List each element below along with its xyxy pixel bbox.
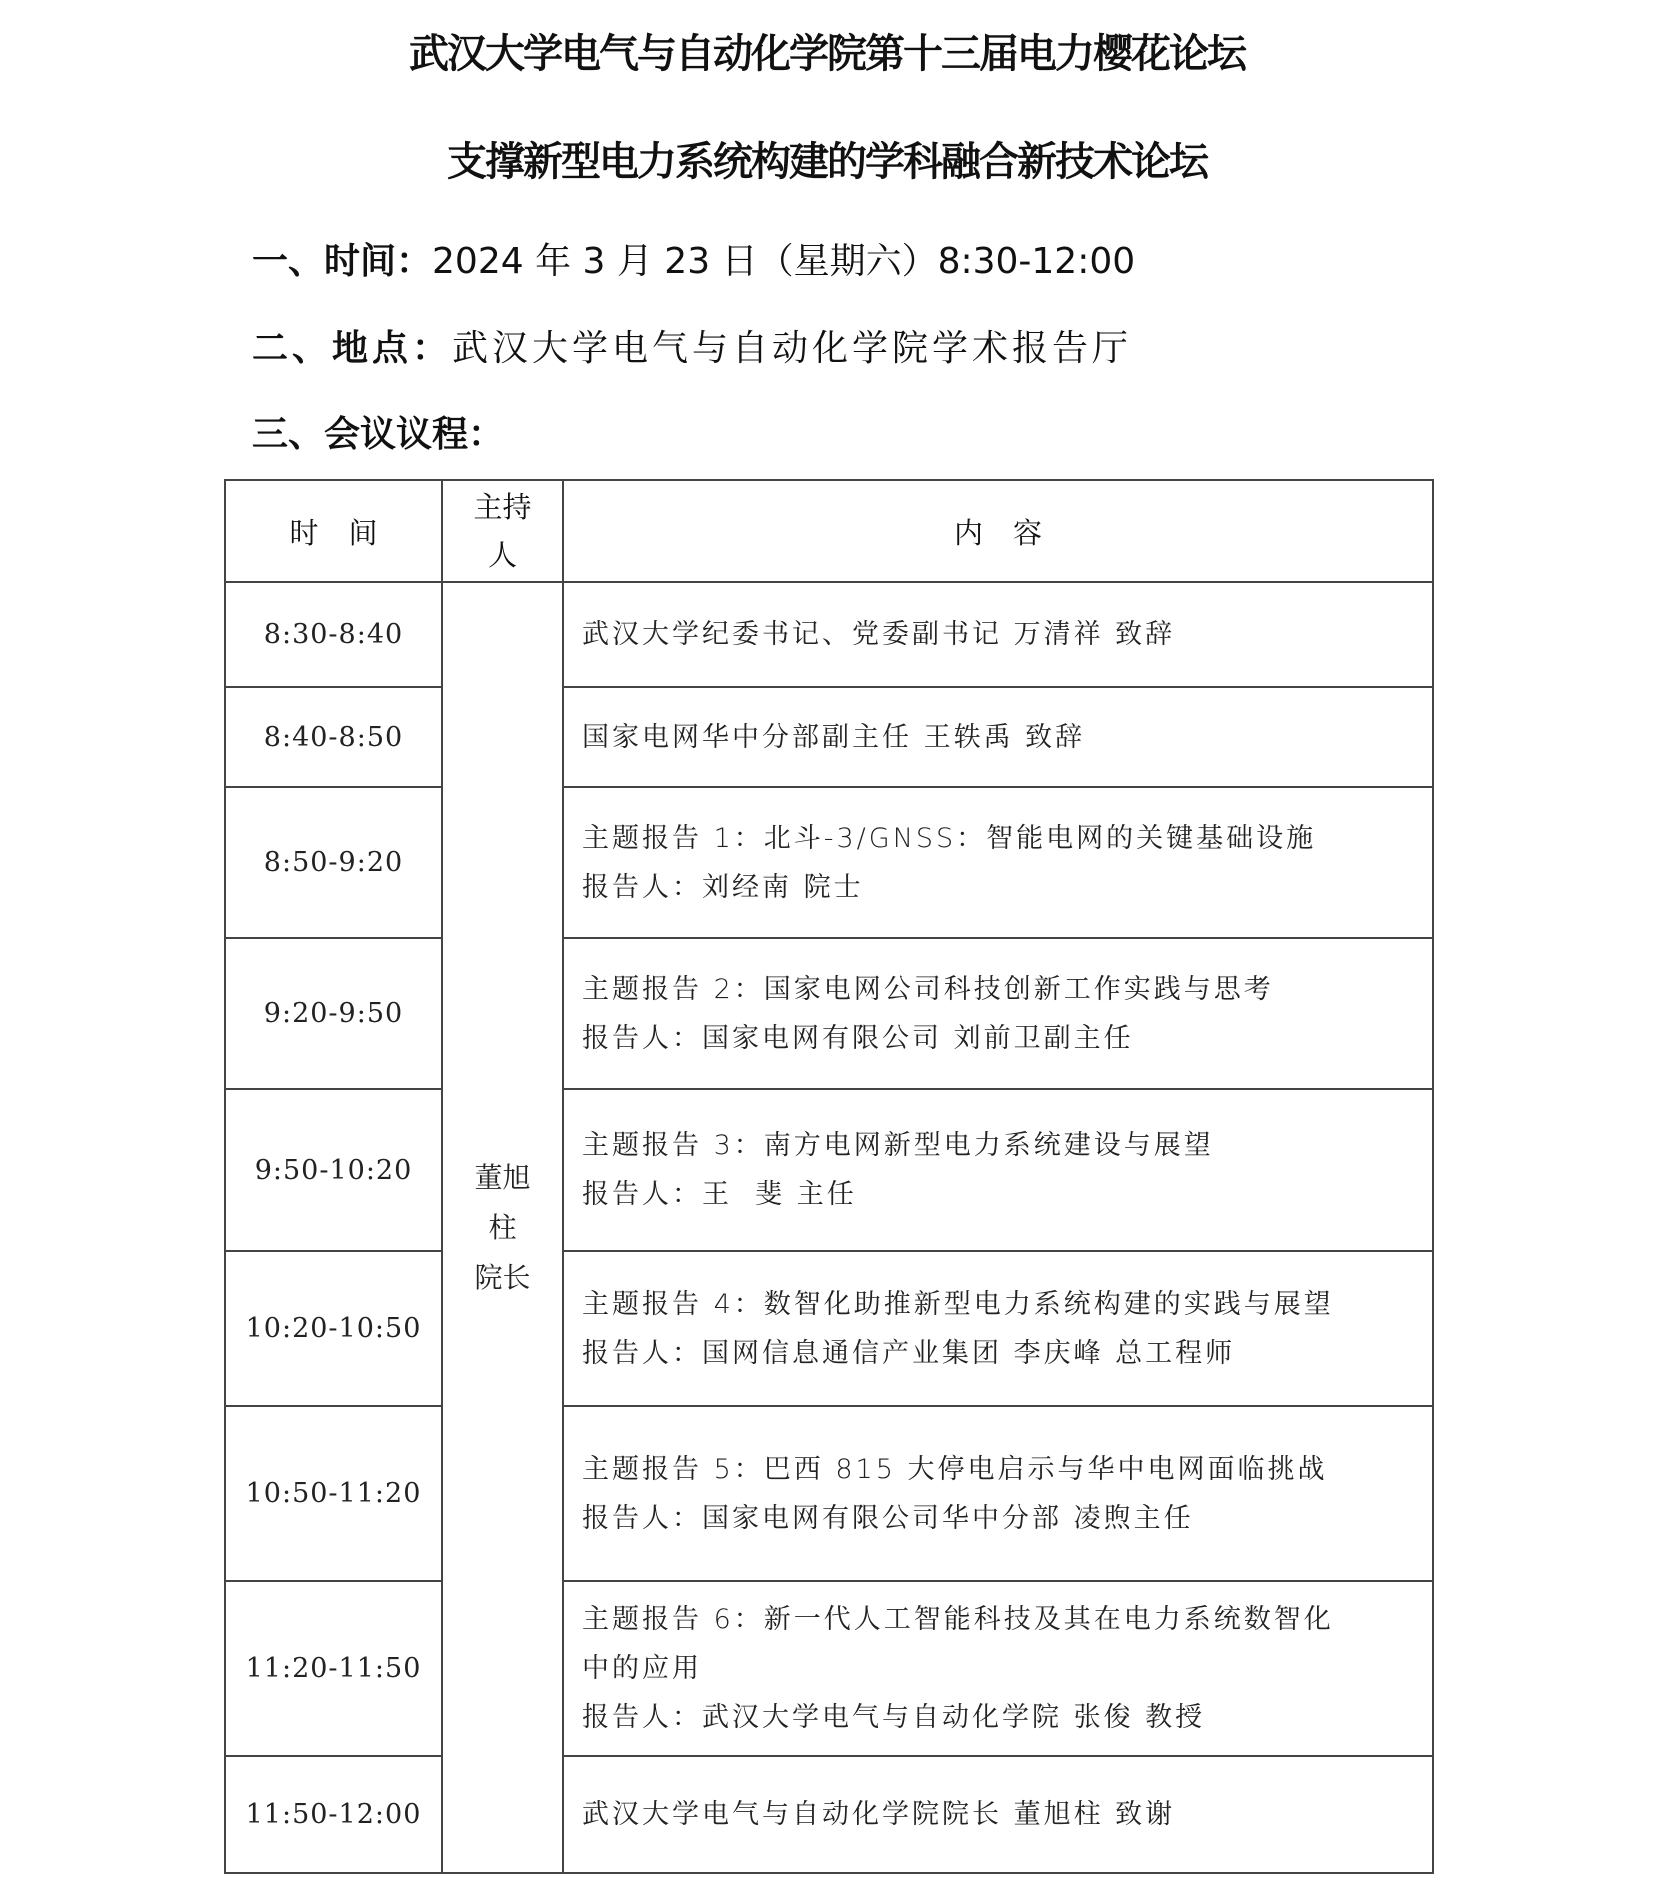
- document-title: 武汉大学电气与自动化学院第十三届电力樱花论坛: [0, 22, 1654, 79]
- header-time: 时间: [225, 480, 442, 582]
- content-line: 主题报告 6：新一代人工智能科技及其在电力系统数智化: [582, 1595, 1422, 1644]
- content-line: 主题报告 3：南方电网新型电力系统建设与展望: [582, 1121, 1422, 1170]
- row-content: 武汉大学纪委书记、党委副书记 万清祥 致辞: [563, 582, 1433, 687]
- row-content: 主题报告 6：新一代人工智能科技及其在电力系统数智化 中的应用 报告人：武汉大学…: [563, 1581, 1433, 1756]
- host-cell: 董旭 柱 院长: [442, 582, 563, 1873]
- header-host: 主持 人: [442, 480, 563, 582]
- host-line3: 院长: [443, 1253, 562, 1303]
- section-location-value: 武汉大学电气与自动化学院学术报告厅: [452, 328, 1132, 369]
- content-line: 中的应用: [582, 1644, 1422, 1693]
- section-time-value: 2024 年 3 月 23 日（星期六）8:30-12:00: [432, 241, 1135, 282]
- table-row: 10:50-11:20 主题报告 5：巴西 815 大停电启示与华中电网面临挑战…: [225, 1406, 1433, 1581]
- row-time: 11:50-12:00: [225, 1756, 442, 1873]
- content-line: 主题报告 1：北斗-3/GNSS：智能电网的关键基础设施: [582, 814, 1422, 863]
- row-content: 国家电网华中分部副主任 王轶禹 致辞: [563, 687, 1433, 787]
- content-line: 报告人：国家电网有限公司华中分部 凌煦主任: [582, 1494, 1422, 1543]
- table-row: 8:30-8:40 董旭 柱 院长 武汉大学纪委书记、党委副书记 万清祥 致辞: [225, 582, 1433, 687]
- content-line: 主题报告 2：国家电网公司科技创新工作实践与思考: [582, 965, 1422, 1014]
- section-time: 一、时间：2024 年 3 月 23 日（星期六）8:30-12:00: [252, 240, 1135, 284]
- row-time: 10:20-10:50: [225, 1251, 442, 1406]
- content-line: 武汉大学电气与自动化学院院长 董旭柱 致谢: [582, 1790, 1422, 1839]
- table-row: 11:20-11:50 主题报告 6：新一代人工智能科技及其在电力系统数智化 中…: [225, 1581, 1433, 1756]
- content-line: 报告人：武汉大学电气与自动化学院 张俊 教授: [582, 1693, 1422, 1742]
- row-time: 8:40-8:50: [225, 687, 442, 787]
- document-subtitle: 支撑新型电力系统构建的学科融合新技术论坛: [0, 130, 1654, 187]
- table-row: 8:50-9:20 主题报告 1：北斗-3/GNSS：智能电网的关键基础设施 报…: [225, 787, 1433, 938]
- row-content: 主题报告 5：巴西 815 大停电启示与华中电网面临挑战 报告人：国家电网有限公…: [563, 1406, 1433, 1581]
- row-time: 10:50-11:20: [225, 1406, 442, 1581]
- content-line: 报告人：王 斐 主任: [582, 1170, 1422, 1219]
- table-row: 9:50-10:20 主题报告 3：南方电网新型电力系统建设与展望 报告人：王 …: [225, 1089, 1433, 1251]
- row-content: 主题报告 1：北斗-3/GNSS：智能电网的关键基础设施 报告人：刘经南 院士: [563, 787, 1433, 938]
- content-line: 主题报告 5：巴西 815 大停电启示与华中电网面临挑战: [582, 1445, 1422, 1494]
- section-time-label: 一、时间：: [252, 241, 432, 282]
- section-location-label: 二、地点：: [252, 328, 452, 369]
- table-row: 8:40-8:50 国家电网华中分部副主任 王轶禹 致辞: [225, 687, 1433, 787]
- row-content: 主题报告 2：国家电网公司科技创新工作实践与思考 报告人：国家电网有限公司 刘前…: [563, 938, 1433, 1089]
- content-line: 武汉大学纪委书记、党委副书记 万清祥 致辞: [582, 610, 1422, 659]
- section-location: 二、地点：武汉大学电气与自动化学院学术报告厅: [252, 327, 1132, 371]
- section-agenda-label: 三、会议议程：: [252, 414, 504, 455]
- header-content: 内容: [563, 480, 1433, 582]
- table-row: 9:20-9:50 主题报告 2：国家电网公司科技创新工作实践与思考 报告人：国…: [225, 938, 1433, 1089]
- table-row: 11:50-12:00 武汉大学电气与自动化学院院长 董旭柱 致谢: [225, 1756, 1433, 1873]
- header-host-line2: 人: [443, 531, 562, 579]
- host-line2: 柱: [443, 1203, 562, 1253]
- row-content: 武汉大学电气与自动化学院院长 董旭柱 致谢: [563, 1756, 1433, 1873]
- row-time: 11:20-11:50: [225, 1581, 442, 1756]
- row-content: 主题报告 4：数智化助推新型电力系统构建的实践与展望 报告人：国网信息通信产业集…: [563, 1251, 1433, 1406]
- content-line: 国家电网华中分部副主任 王轶禹 致辞: [582, 713, 1422, 762]
- content-line: 报告人：国网信息通信产业集团 李庆峰 总工程师: [582, 1329, 1422, 1378]
- header-host-line1: 主持: [443, 483, 562, 531]
- content-line: 报告人：刘经南 院士: [582, 863, 1422, 912]
- row-time: 8:30-8:40: [225, 582, 442, 687]
- content-line: 报告人：国家电网有限公司 刘前卫副主任: [582, 1014, 1422, 1063]
- table-row: 10:20-10:50 主题报告 4：数智化助推新型电力系统构建的实践与展望 报…: [225, 1251, 1433, 1406]
- row-time: 9:50-10:20: [225, 1089, 442, 1251]
- agenda-header-row: 时间 主持 人 内容: [225, 480, 1433, 582]
- content-line: 主题报告 4：数智化助推新型电力系统构建的实践与展望: [582, 1280, 1422, 1329]
- row-content: 主题报告 3：南方电网新型电力系统建设与展望 报告人：王 斐 主任: [563, 1089, 1433, 1251]
- section-agenda: 三、会议议程：: [252, 413, 504, 457]
- row-time: 9:20-9:50: [225, 938, 442, 1089]
- row-time: 8:50-9:20: [225, 787, 442, 938]
- host-line1: 董旭: [443, 1153, 562, 1203]
- agenda-table: 时间 主持 人 内容 8:30-8:40 董旭 柱 院长 武汉大学纪委书记、党委…: [224, 479, 1434, 1874]
